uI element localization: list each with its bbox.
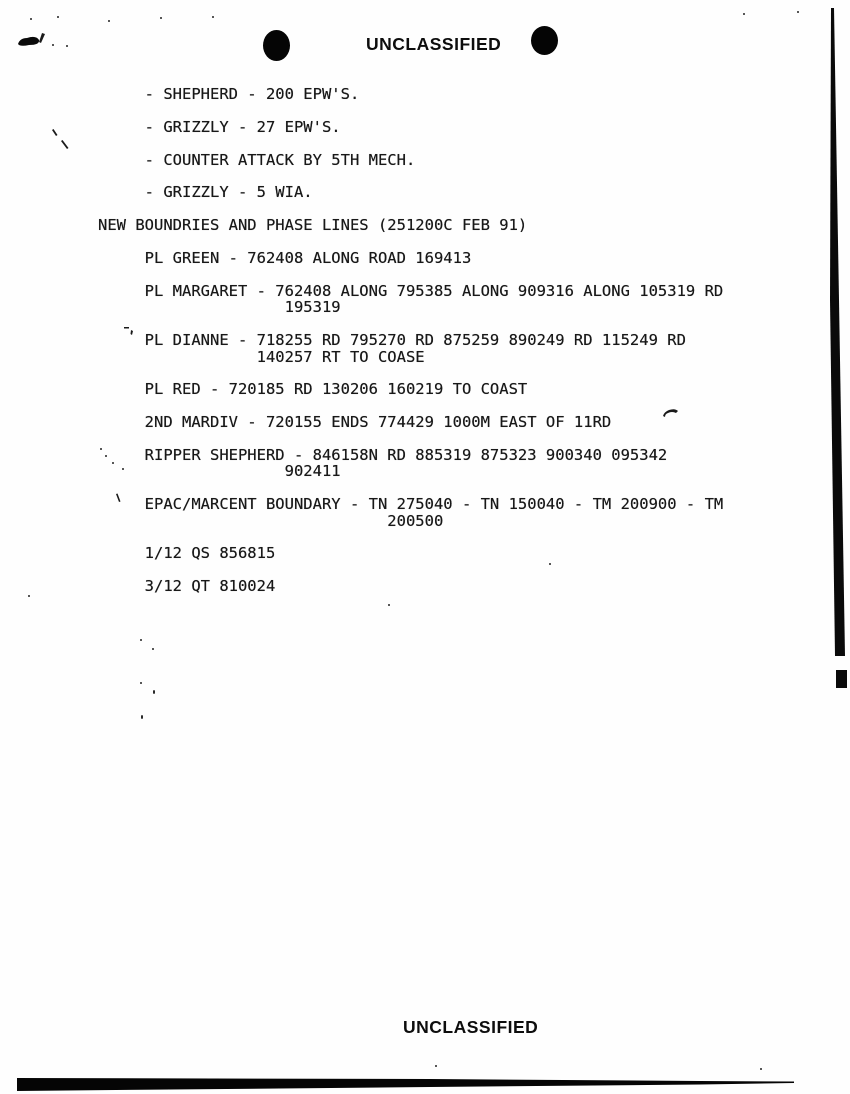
paper-speck xyxy=(153,690,155,694)
paper-speck xyxy=(100,448,102,450)
paper-speck xyxy=(140,639,142,641)
paper-speck xyxy=(160,17,162,19)
paper-speck xyxy=(112,462,114,464)
paper-speck xyxy=(30,18,32,20)
ink-apostrophe xyxy=(39,33,45,43)
paper-speck xyxy=(66,45,68,47)
pen-slash-upper xyxy=(52,129,58,136)
paper-speck xyxy=(212,16,214,18)
pen-slash-lower xyxy=(61,140,69,149)
paper-speck xyxy=(28,595,30,597)
paper-speck xyxy=(122,468,124,470)
paper-speck xyxy=(140,682,142,684)
right-edge-scan-block xyxy=(836,670,847,688)
paper-speck xyxy=(152,648,154,650)
punch-hole-right-icon xyxy=(531,26,558,55)
paper-speck xyxy=(52,44,54,46)
header-classification-label: UNCLASSIFIED xyxy=(366,34,501,55)
paper-speck xyxy=(57,16,59,18)
paper-speck xyxy=(549,563,551,565)
bottom-scan-bar xyxy=(17,1078,794,1091)
paper-speck xyxy=(435,1065,437,1067)
paper-speck xyxy=(141,715,143,719)
paper-speck xyxy=(388,604,390,606)
paper-speck xyxy=(105,455,107,457)
paper-speck xyxy=(108,20,110,22)
punch-hole-left-icon xyxy=(263,30,290,61)
right-edge-scan-line xyxy=(830,8,845,656)
document-text: - SHEPHERD - 200 EPW'S. - GRIZZLY - 27 E… xyxy=(98,86,723,595)
footer-classification-label: UNCLASSIFIED xyxy=(403,1017,538,1038)
paper-speck xyxy=(743,13,745,15)
document-page: UNCLASSIFIED - SHEPHERD - 200 EPW'S. - G… xyxy=(0,0,850,1094)
ink-blob xyxy=(18,37,39,46)
paper-speck xyxy=(760,1068,762,1070)
paper-speck xyxy=(797,11,799,13)
